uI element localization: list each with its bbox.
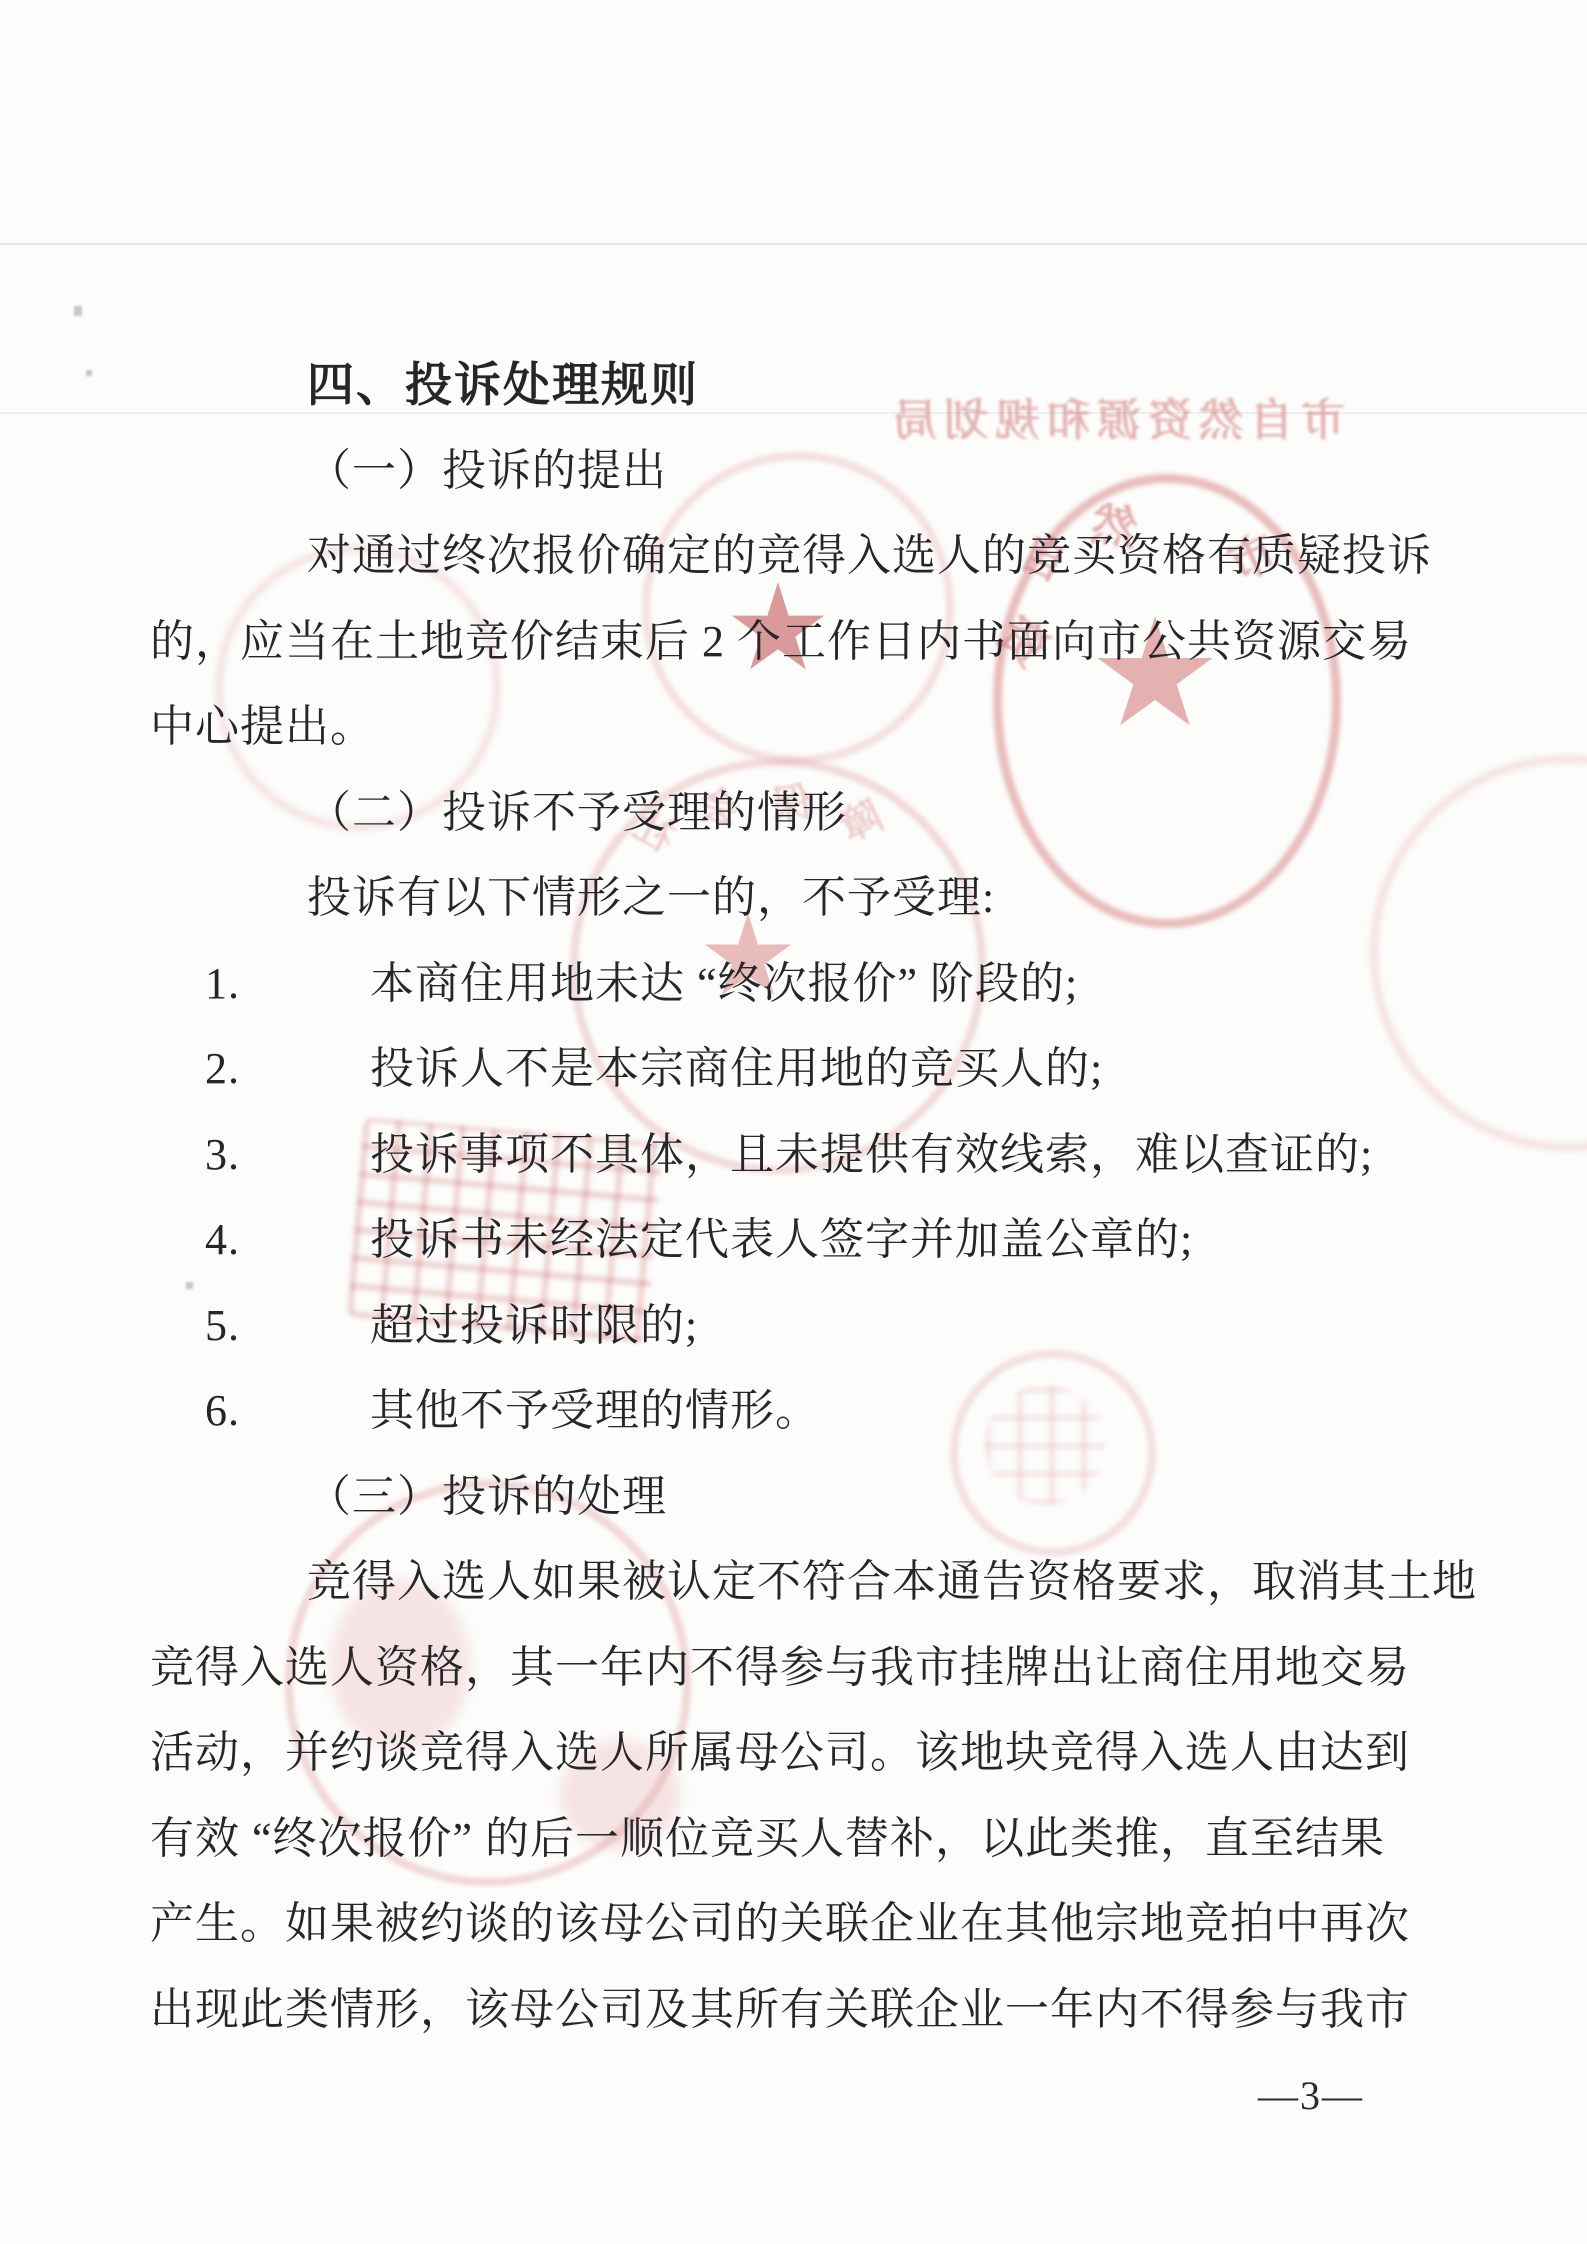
- paragraph-line: 活动，并约谈竞得入选人所属母公司。该地块竞得入选人由达到: [150, 1710, 1450, 1796]
- list-item-number: 6.: [205, 1368, 370, 1454]
- paragraph-line: 竞得入选人资格，其一年内不得参与我市挂牌出让商住用地交易: [150, 1625, 1450, 1711]
- list-item-number: 4.: [205, 1197, 370, 1283]
- list-item: 2.投诉人不是本宗商住用地的竞买人的;: [150, 1026, 1450, 1112]
- list-item-text: 投诉人不是本宗商住用地的竞买人的;: [370, 1044, 1103, 1093]
- scan-artifact-line: [0, 243, 1587, 245]
- list-item: 4.投诉书未经法定代表人签字并加盖公章的;: [150, 1197, 1450, 1283]
- subsection-heading: （一）投诉的提出: [150, 428, 1450, 514]
- page-number: —3—: [1258, 2072, 1364, 2119]
- list-item-number: 1.: [205, 941, 370, 1027]
- list-item-text: 投诉书未经法定代表人签字并加盖公章的;: [370, 1215, 1193, 1264]
- list-item-text: 超过投诉时限的;: [370, 1301, 698, 1350]
- list-item-number: 3.: [205, 1112, 370, 1198]
- paragraph-line: 产生。如果被约谈的该母公司的关联企业在其他宗地竞拍中再次: [150, 1881, 1450, 1967]
- scan-speck: [86, 370, 92, 376]
- paragraph-line: 出现此类情形，该母公司及其所有关联企业一年内不得参与我市: [150, 1967, 1450, 2053]
- paragraph-line: 有效 “终次报价” 的后一顺位竞买人替补，以此类推，直至结果: [150, 1796, 1450, 1882]
- document-body: 四、投诉处理规则 （一）投诉的提出 对通过终次报价确定的竞得入选人的竞买资格有质…: [150, 342, 1450, 2052]
- list-item-text: 其他不予受理的情形。: [370, 1386, 820, 1435]
- subsection-heading: （二）投诉不予受理的情形: [150, 770, 1450, 856]
- section-title: 四、投诉处理规则: [150, 342, 1450, 428]
- list-item-number: 5.: [205, 1283, 370, 1369]
- paragraph-line: 的，应当在土地竞价结束后 2 个工作日内书面向市公共资源交易: [150, 599, 1450, 685]
- list-item: 1.本商住用地未达 “终次报价” 阶段的;: [150, 941, 1450, 1027]
- document-page: 市自然资源和规划局 自 然 市 资 社 会 保 障 四、投诉处理规则: [0, 0, 1587, 2244]
- list-item-number: 2.: [205, 1026, 370, 1112]
- list-item: 6.其他不予受理的情形。: [150, 1368, 1450, 1454]
- paragraph-line: 竞得入选人如果被认定不符合本通告资格要求，取消其土地: [150, 1539, 1450, 1625]
- list-item-text: 投诉事项不具体，且未提供有效线索，难以查证的;: [370, 1130, 1373, 1179]
- paragraph-line: 中心提出。: [150, 684, 1450, 770]
- list-item: 5.超过投诉时限的;: [150, 1283, 1450, 1369]
- list-item: 3.投诉事项不具体，且未提供有效线索，难以查证的;: [150, 1112, 1450, 1198]
- list-item-text: 本商住用地未达 “终次报价” 阶段的;: [370, 959, 1078, 1008]
- paragraph-line: 投诉有以下情形之一的，不予受理:: [150, 855, 1450, 941]
- paragraph-line: 对通过终次报价确定的竞得入选人的竞买资格有质疑投诉: [150, 513, 1450, 599]
- subsection-heading: （三）投诉的处理: [150, 1454, 1450, 1540]
- scan-speck: [74, 306, 82, 316]
